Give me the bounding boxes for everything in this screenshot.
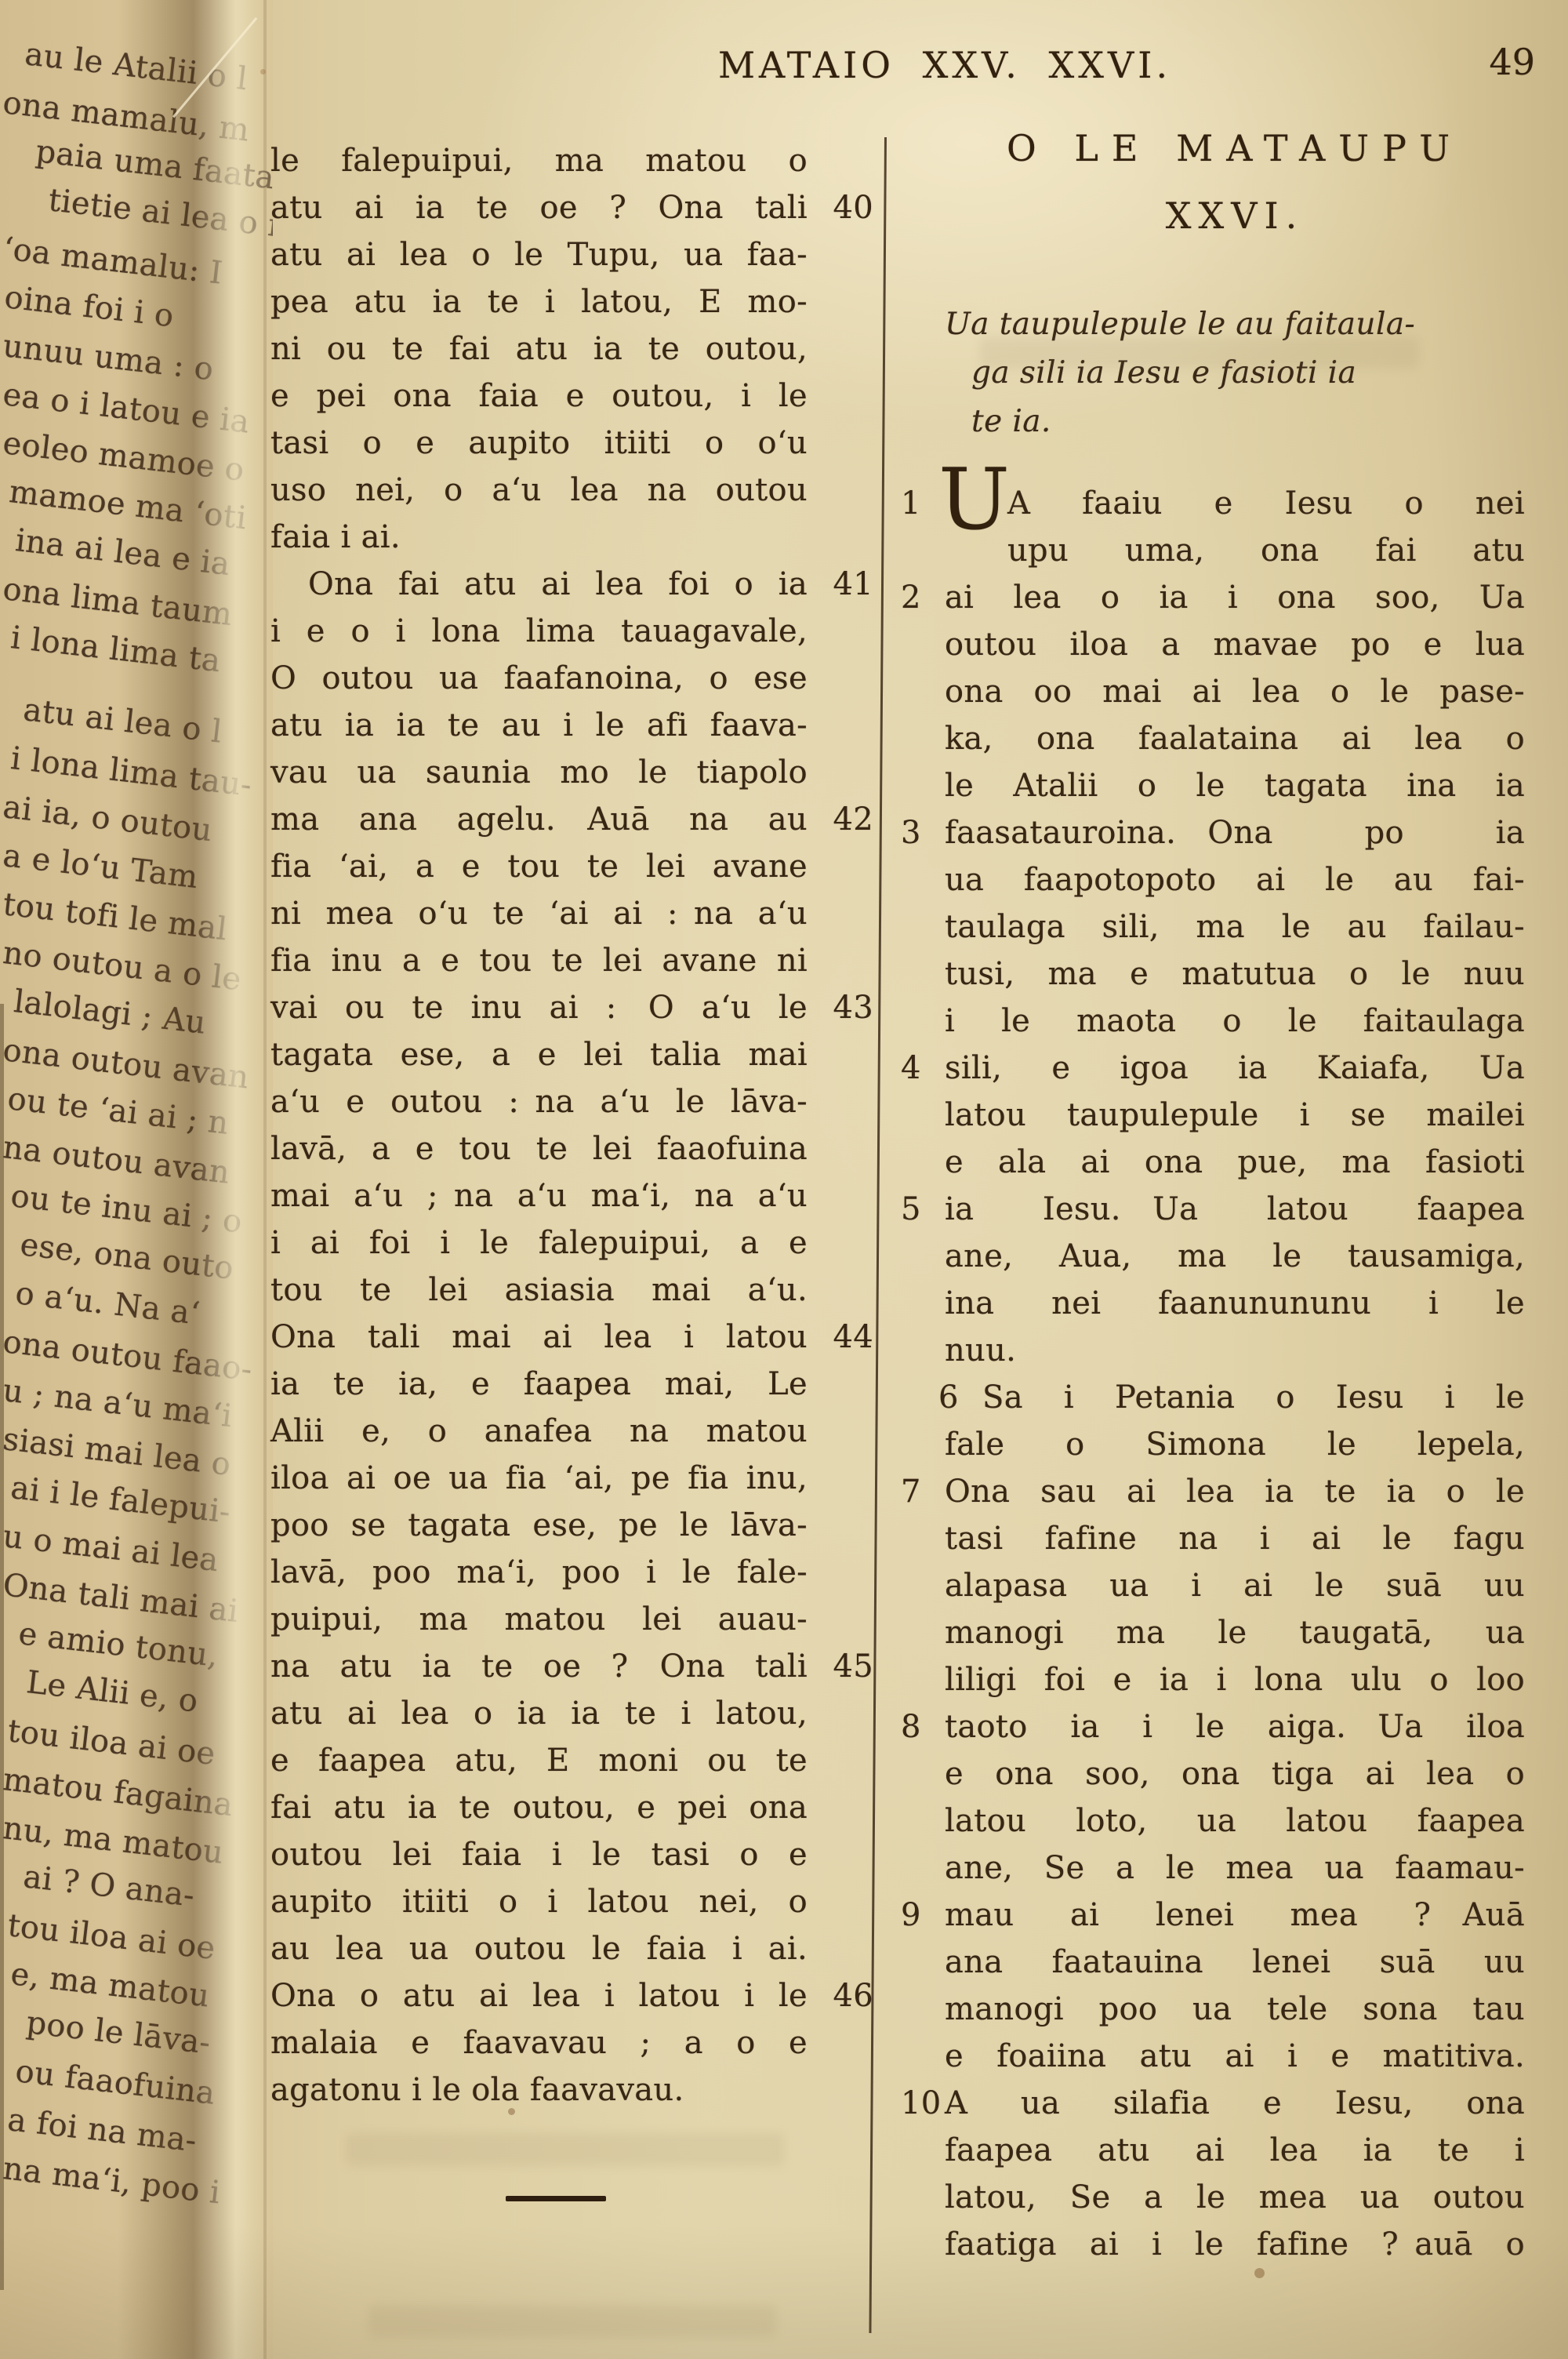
verse-line-text: ua faapotopoto ai le au fai- — [945, 862, 1525, 898]
verse-line: taoto ia i le aiga. Ua iloa8 — [945, 1703, 1525, 1750]
verse-line-text: i ai foi i le falepuipui, a e — [270, 1225, 808, 1261]
verse-line: ane, Aua, ma le tausamiga, — [945, 1233, 1525, 1280]
verse-line: atu ai ia te oe ? Ona tali40 — [270, 184, 808, 231]
prev-page-text-fragment: unuu uma : o — [1, 328, 215, 387]
verse-line-text: taoto ia i le aiga. Ua iloa — [945, 1709, 1525, 1745]
verse-line: manogi poo ua tele sona tau — [945, 1986, 1525, 2033]
book-page-scan: au le Atalii o lona mamalu, mpaia uma fa… — [0, 0, 1568, 2359]
verse-line: ni mea oʻu te ʻai ai : na aʻu — [270, 890, 808, 937]
verse-line-text: fale o Simona le lepela, — [945, 1427, 1525, 1463]
verse-line-text: puipui, ma matou lei auau- — [270, 1601, 808, 1637]
verse-line-text: Ona o atu ai lea i latou i le — [270, 1978, 808, 2014]
verse-line: A ua silafia e Iesu, ona10 — [945, 2080, 1525, 2127]
verse-line: tasi fafine na i ai le fagu — [945, 1515, 1525, 1562]
verse-line: outou lei faia i le tasi o e — [270, 1831, 808, 1878]
verse-line-text: tusi, ma e matutua o le nuu — [945, 956, 1525, 992]
verse-line: O outou ua faafanoina, o ese — [270, 655, 808, 702]
chapter-number-heading: XXVI. — [945, 194, 1525, 237]
verse-line: Alii e, o anafea na matou — [270, 1408, 808, 1455]
verse-line: vau ua saunia mo le tiapolo — [270, 749, 808, 796]
verse-number: 40 — [833, 184, 874, 231]
page-number: 49 — [1489, 41, 1535, 83]
verse-line: le Atalii o le tagata ina ia — [945, 762, 1525, 809]
verse-number: 7 — [901, 1468, 921, 1515]
prev-page-text-fragment: atu ai lea o l — [21, 692, 223, 751]
verse-line: ia te ia, e faapea mai, Le — [270, 1361, 808, 1408]
verse-line-text: lavā, a e tou te lei faaofuina — [270, 1131, 808, 1167]
verse-number: 1 — [901, 480, 921, 527]
verse-line-text: mau ai lenei mea ? Auā — [945, 1897, 1525, 1933]
prev-page-text-fragment: oina foi i o — [2, 279, 176, 334]
verse-line-text: tasi o e aupito itiiti o oʻu — [270, 425, 808, 461]
verse-line-text: faatiga ai i le fafine ? auā o — [945, 2226, 1525, 2263]
show-through-ghost — [368, 2306, 776, 2337]
verse-line-text: fai atu ia te outou, e pei ona — [270, 1790, 808, 1826]
verse-line-text: e faapea atu, E moni ou te — [270, 1743, 808, 1779]
verse-line: faasatauroina. Ona po ia3 — [945, 809, 1525, 856]
verse-line-text: i e o i lona lima tauagavale, — [270, 613, 808, 649]
verse-line: faia i ai. — [270, 514, 808, 561]
verse-line: i le maota o le faitaulaga — [945, 998, 1525, 1045]
verse-line-text: Ona tali mai ai lea i latou — [270, 1319, 808, 1355]
verse-line: Sa i Petania o Iesu i le6 — [945, 1374, 1525, 1421]
verse-line: lavā, a e tou te lei faaofuina — [270, 1125, 808, 1172]
verse-line: fia ʻai, a e tou te lei avane — [270, 843, 808, 890]
verse-line-text: e foaiina atu ai i e matitiva. — [945, 2038, 1525, 2074]
verse-line: fai atu ia te outou, e pei ona — [270, 1784, 808, 1831]
verse-number: 8 — [901, 1703, 921, 1750]
verse-line: liligi foi e ia i lona ulu o loo — [945, 1656, 1525, 1703]
verse-line: i ai foi i le falepuipui, a e — [270, 1219, 808, 1267]
verse-line-text: au lea ua outou le faia i ai. — [270, 1931, 808, 1967]
verse-number: 46 — [833, 1972, 874, 2019]
verse-number: 3 — [901, 809, 921, 856]
verse-line-text: e ona soo, ona tiga ai lea o — [945, 1756, 1525, 1792]
verse-line: ka, ona faalataina ai lea o — [945, 715, 1525, 762]
verse-line: latou taupulepule i se mailei — [945, 1092, 1525, 1139]
verse-line-text: ane, Se a le mea ua faamau- — [945, 1850, 1525, 1886]
chapter-heading: O LE MATAUPU — [945, 127, 1525, 169]
prev-page-text-fragment: tou iloa ai oe — [5, 1907, 217, 1967]
verse-line: tou te lei asiasia mai aʻu. — [270, 1267, 808, 1314]
verse-line: sili, e igoa ia Kaiafa, Ua4 — [945, 1045, 1525, 1092]
verse-line-text: e pei ona faia e outou, i le — [270, 378, 808, 414]
verse-line-text: atu ia ia te au i le afi faava- — [270, 707, 808, 743]
drop-cap-initial: U — [938, 469, 1010, 532]
verse-line: ma ana agelu. Auā na au42 — [270, 796, 808, 843]
verse-line-text: faapea atu ai lea ia te i — [945, 2132, 1525, 2168]
paper-stain — [1254, 2268, 1265, 2278]
prev-page-text-fragment: lalolagi ; Au — [12, 983, 208, 1041]
verse-line-text: manogi ma le taugatā, ua — [945, 1615, 1525, 1651]
verse-line-text: tagata ese, a e lei talia mai — [270, 1037, 808, 1073]
verse-line: agatonu i le ola faavavau. — [270, 2066, 808, 2114]
verse-line-text: ma ana agelu. Auā na au — [270, 801, 808, 838]
verse-line-text: mai aʻu ; na aʻu maʻi, na aʻu — [270, 1178, 808, 1214]
verse-number: 44 — [833, 1314, 874, 1361]
verse-line: ni ou te fai atu ia te outou, — [270, 325, 808, 373]
verse-line-text: i le maota o le faitaulaga — [945, 1003, 1525, 1039]
verse-line-text: tasi fafine na i ai le fagu — [945, 1521, 1525, 1557]
verse-line-text: O outou ua faafanoina, o ese — [270, 660, 808, 696]
prev-page-text-fragment: a foi na ma- — [5, 2102, 198, 2159]
verse-line: e ala ai ona pue, ma fasioti — [945, 1139, 1525, 1186]
verse-line-text: taulaga sili, ma le au failau- — [945, 909, 1525, 945]
prev-page-text-fragment: Le Alii e, o — [24, 1664, 200, 1720]
verse-line-text: Sa i Petania o Iesu i le — [982, 1379, 1525, 1416]
verse-line: ia Iesu. Ua latou faapea5 — [945, 1186, 1525, 1233]
verse-line-text: ana faatauina lenei suā uu — [945, 1944, 1525, 1980]
verse-number: 9 — [901, 1892, 921, 1939]
verse-line: aupito itiiti o i latou nei, o — [270, 1878, 808, 1925]
verse-line-text: atu ai ia te oe ? Ona tali — [270, 190, 808, 226]
verse-line-text: outou lei faia i le tasi o e — [270, 1837, 808, 1873]
paper-stain — [260, 69, 266, 75]
verse-line: alapasa ua i ai le suā uu — [945, 1562, 1525, 1609]
verse-line-text: ina nei faanunununu i le — [945, 1285, 1525, 1321]
verse-line-text: outou iloa a mavae po e lua — [945, 627, 1525, 663]
chapter-summary-line: te ia. — [971, 398, 1051, 445]
prev-page-text-fragment: a e loʻu Tam — [1, 838, 200, 896]
verse-line-text: A faaiu e Iesu o nei — [1007, 485, 1525, 522]
verse-line: outou iloa a mavae po e lua — [945, 621, 1525, 668]
verse-number: 4 — [901, 1045, 921, 1092]
verse-line: ane, Se a le mea ua faamau- — [945, 1845, 1525, 1892]
verse-line: ai lea o ia i ona soo, Ua2 — [945, 574, 1525, 621]
gutter-crease — [263, 0, 267, 2359]
verse-line-text: upu uma, ona fai atu — [1007, 533, 1525, 569]
verse-line: latou, Se a le mea ua outou — [945, 2174, 1525, 2221]
verse-number: 43 — [833, 984, 874, 1031]
verse-line: nuu. — [945, 1327, 1525, 1374]
verse-line: lavā, poo maʻi, poo i le fale- — [270, 1549, 808, 1596]
prev-page-text-fragment: poo le lāva- — [24, 2005, 212, 2061]
verse-line-text: fia inu a e tou te lei avane ni — [270, 943, 808, 979]
verse-line: tusi, ma e matutua o le nuu — [945, 951, 1525, 998]
show-through-ghost — [980, 337, 1419, 369]
verse-line: puipui, ma matou lei auau- — [270, 1596, 808, 1643]
verse-line: atu ai lea o le Tupu, ua faa- — [270, 231, 808, 278]
verse-line-text: Alii e, o anafea na matou — [270, 1413, 808, 1449]
verse-line: faapea atu ai lea ia te i — [945, 2127, 1525, 2174]
running-header-title: MATAIO XXV. XXVI. — [408, 44, 1482, 86]
verse-line-text: A ua silafia e Iesu, ona — [945, 2085, 1525, 2121]
verse-number: 5 — [901, 1186, 921, 1233]
verse-line-text: e ala ai ona pue, ma fasioti — [945, 1144, 1525, 1180]
verse-number: 45 — [833, 1643, 874, 1690]
prev-page-text-fragment: o aʻu. Na aʻ — [13, 1275, 201, 1332]
verse-number: 6 — [901, 1374, 959, 1421]
verse-line: upu uma, ona fai atu — [1007, 527, 1525, 574]
verse-line: tagata ese, a e lei talia mai — [270, 1031, 808, 1078]
verse-number: 42 — [833, 796, 874, 843]
verse-line-text: poo se tagata ese, pe le lāva- — [270, 1507, 808, 1543]
verse-line-text: le falepuipui, ma matou o — [270, 143, 808, 179]
verse-line: faatiga ai i le fafine ? auā o — [945, 2221, 1525, 2268]
verse-line: malaia e faavavau ; a o e — [270, 2019, 808, 2066]
verse-line-text: vai ou te inu ai : O aʻu le — [270, 990, 808, 1026]
verse-line-text: ane, Aua, ma le tausamiga, — [945, 1238, 1525, 1274]
verse-line: na atu ia te oe ? Ona tali45 — [270, 1643, 808, 1690]
verse-line-text: aupito itiiti o i latou nei, o — [270, 1884, 808, 1920]
verse-line: atu ia ia te au i le afi faava- — [270, 702, 808, 749]
verse-line-text: ai lea o ia i ona soo, Ua — [945, 580, 1525, 616]
verse-line: Ona fai atu ai lea foi o ia41 — [270, 561, 808, 608]
verse-line-text: ka, ona faalataina ai lea o — [945, 721, 1525, 757]
verse-number: 2 — [901, 574, 921, 621]
verse-line: fia inu a e tou te lei avane ni — [270, 937, 808, 984]
verse-line: uso nei, o aʻu lea na outou — [270, 467, 808, 514]
verse-line: latou loto, ua latou faapea — [945, 1797, 1525, 1845]
verse-number: 10 — [901, 2080, 942, 2127]
verse-line: tasi o e aupito itiiti o oʻu — [270, 420, 808, 467]
show-through-ghost — [345, 2133, 784, 2166]
verse-line: atu ai lea o ia ia te i latou, — [270, 1690, 808, 1737]
verse-line: taulaga sili, ma le au failau- — [945, 903, 1525, 951]
verse-line-text: latou loto, ua latou faapea — [945, 1803, 1525, 1839]
verse-line-text: vau ua saunia mo le tiapolo — [270, 754, 808, 791]
verse-line: e foaiina atu ai i e matitiva. — [945, 2033, 1525, 2080]
verse-line: i e o i lona lima tauagavale, — [270, 608, 808, 655]
verse-line: poo se tagata ese, pe le lāva- — [270, 1502, 808, 1549]
verse-line: le falepuipui, ma matou o — [270, 137, 808, 184]
verse-line-text: ia Iesu. Ua latou faapea — [945, 1191, 1525, 1227]
verse-line-text: atu ai lea o ia ia te i latou, — [270, 1696, 808, 1732]
verse-line: iloa ai oe ua fia ʻai, pe fia inu, — [270, 1455, 808, 1502]
prev-page-text-fragment: ou faaofuina — [13, 2053, 216, 2112]
verse-line-text: liligi foi e ia i lona ulu o loo — [945, 1662, 1525, 1698]
verse-line: Ona sau ai lea ia te ia o le7 — [945, 1468, 1525, 1515]
verse-line: ana faatauina lenei suā uu — [945, 1939, 1525, 1986]
prev-page-text-fragment: na maʻi, poo i — [1, 2150, 222, 2211]
verse-line-text: alapasa ua i ai le suā uu — [945, 1568, 1525, 1604]
verse-line: vai ou te inu ai : O aʻu le43 — [270, 984, 808, 1031]
verse-line: Ona tali mai ai lea i latou44 — [270, 1314, 808, 1361]
verse-line-text: le Atalii o le tagata ina ia — [945, 768, 1525, 804]
verse-line: e pei ona faia e outou, i le — [270, 373, 808, 420]
verse-line-text: uso nei, o aʻu lea na outou — [270, 472, 808, 508]
verse-line-text: nuu. — [945, 1332, 1016, 1369]
verse-line-text: fia ʻai, a e tou te lei avane — [270, 849, 808, 885]
prev-page-text-fragment: i lona lima ta — [9, 620, 222, 679]
verse-line: ina nei faanunununu i le — [945, 1280, 1525, 1327]
paper-stain — [508, 2108, 515, 2115]
verse-line-text: aʻu e outou : na aʻu le lāva- — [270, 1084, 808, 1120]
verse-line: fale o Simona le lepela, — [945, 1421, 1525, 1468]
verse-line-text: tou te lei asiasia mai aʻu. — [270, 1272, 808, 1308]
verse-line-text: ia te ia, e faapea mai, Le — [270, 1366, 808, 1402]
verse-line: A faaiu e Iesu o nei1 — [1007, 480, 1525, 527]
verse-line-text: ni mea oʻu te ʻai ai : na aʻu — [270, 896, 808, 932]
verse-line-text: manogi poo ua tele sona tau — [945, 1991, 1525, 2027]
verse-line: Ona o atu ai lea i latou i le46 — [270, 1972, 808, 2019]
verse-line-text: pea atu ia te i latou, E mo- — [270, 284, 808, 320]
verse-line: au lea ua outou le faia i ai. — [270, 1925, 808, 1972]
verse-line: e faapea atu, E moni ou te — [270, 1737, 808, 1784]
verse-line-text: lavā, poo maʻi, poo i le fale- — [270, 1554, 808, 1590]
verse-line-text: atu ai lea o le Tupu, ua faa- — [270, 237, 808, 273]
verse-line-text: latou, Se a le mea ua outou — [945, 2179, 1525, 2215]
verse-line-text: ni ou te fai atu ia te outou, — [270, 331, 808, 367]
verse-line-text: iloa ai oe ua fia ʻai, pe fia inu, — [270, 1460, 808, 1496]
prev-page-text-fragment: ai ? O ana- — [21, 1859, 196, 1914]
verse-line-text: ona oo mai ai lea o le pase- — [945, 674, 1525, 710]
verse-line-text: na atu ia te oe ? Ona tali — [270, 1648, 808, 1685]
verse-line-text: faia i ai. — [270, 519, 401, 555]
verse-line: ona oo mai ai lea o le pase- — [945, 668, 1525, 715]
verse-line: aʻu e outou : na aʻu le lāva- — [270, 1078, 808, 1125]
verse-line-text: Ona fai atu ai lea foi o ia — [308, 566, 808, 602]
verse-number: 41 — [796, 561, 874, 608]
verse-line-text: agatonu i le ola faavavau. — [270, 2072, 684, 2108]
prev-page-text-fragment: ai ia, o outou — [1, 789, 214, 849]
verse-line: mau ai lenei mea ? Auā9 — [945, 1892, 1525, 1939]
verse-line: mai aʻu ; na aʻu maʻi, na aʻu — [270, 1172, 808, 1219]
verse-line-text: sili, e igoa ia Kaiafa, Ua — [945, 1050, 1525, 1086]
page-edge-shadow — [0, 1004, 4, 2290]
verse-line-text: malaia e faavavau ; a o e — [270, 2025, 808, 2061]
verse-line: pea atu ia te i latou, E mo- — [270, 278, 808, 325]
verse-line-text: Ona sau ai lea ia te ia o le — [945, 1474, 1525, 1510]
chapter-end-rule — [506, 2196, 606, 2201]
prev-page-text-fragment: tou iloa ai oe — [5, 1713, 217, 1772]
verse-line: manogi ma le taugatā, ua — [945, 1609, 1525, 1656]
verse-line-text: faasatauroina. Ona po ia — [945, 815, 1525, 851]
verse-line: e ona soo, ona tiga ai lea o — [945, 1750, 1525, 1797]
verse-line-text: latou taupulepule i se mailei — [945, 1097, 1525, 1133]
verse-line: ua faapotopoto ai le au fai- — [945, 856, 1525, 903]
previous-page-edge: au le Atalii o lona mamalu, mpaia uma fa… — [0, 0, 273, 2359]
